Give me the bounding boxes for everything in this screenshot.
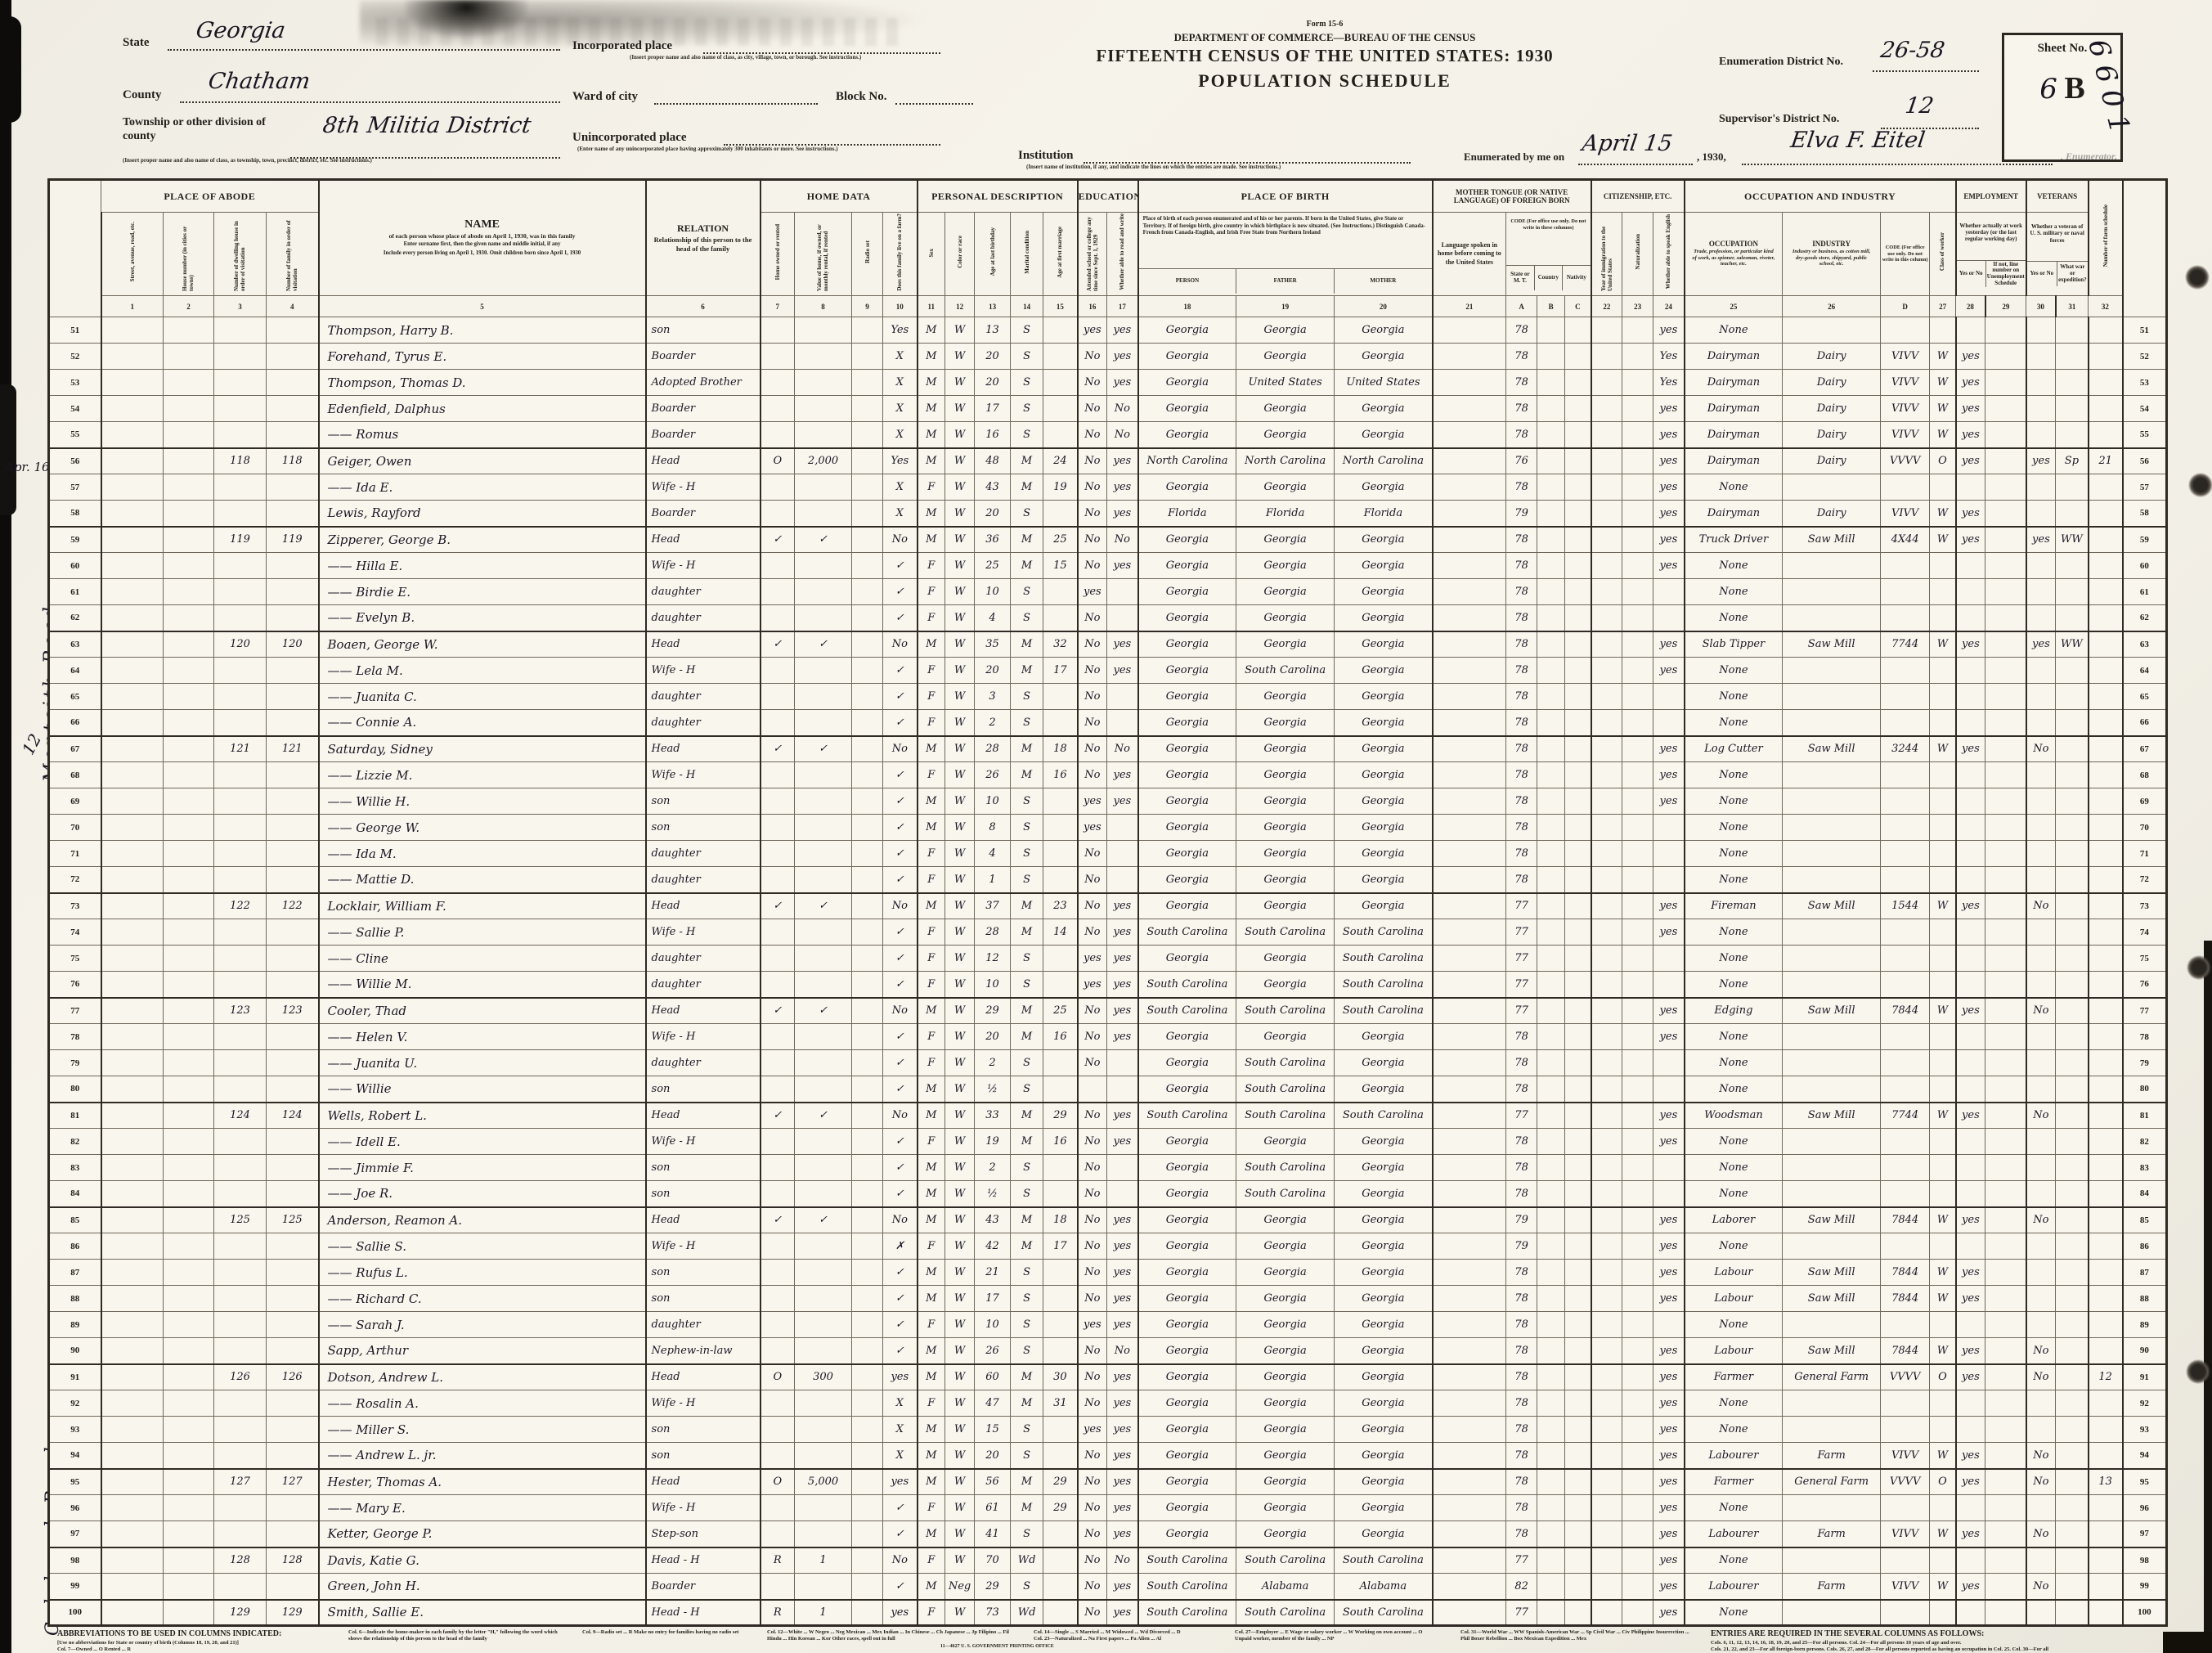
cell-c24 bbox=[1653, 1050, 1685, 1076]
cell-c10: X bbox=[883, 474, 918, 501]
cell-c27: O bbox=[1930, 1469, 1956, 1495]
cell-c30 bbox=[2026, 605, 2056, 631]
cell-c30 bbox=[2026, 972, 2056, 998]
cell-rowR: 53 bbox=[2123, 370, 2167, 396]
cell-dwell bbox=[214, 1129, 267, 1155]
cell-c28 bbox=[1956, 815, 1985, 841]
cell-cA: 78 bbox=[1506, 396, 1537, 422]
cell-rowL: 88 bbox=[49, 1286, 101, 1312]
cell-dwell bbox=[214, 946, 267, 972]
cell-c30 bbox=[2026, 841, 2056, 867]
hole-punch bbox=[2186, 1359, 2210, 1384]
cell-cB bbox=[1537, 815, 1565, 841]
cell-c13: 42 bbox=[975, 1233, 1011, 1260]
cell-c26 bbox=[1783, 1050, 1881, 1076]
cell-fam bbox=[267, 762, 319, 788]
cell-c11: M bbox=[918, 1443, 945, 1469]
cell-c25: Dairyman bbox=[1685, 422, 1783, 448]
group-place-of-abode: PLACE OF ABODE bbox=[101, 180, 319, 213]
cell-c10: ✓ bbox=[883, 1286, 918, 1312]
cell-c18: Georgia bbox=[1138, 1181, 1236, 1207]
cell-c7 bbox=[761, 1024, 795, 1050]
cell-c7: R bbox=[761, 1547, 795, 1574]
cell-c8 bbox=[795, 501, 852, 527]
cell-c15: 16 bbox=[1043, 1129, 1078, 1155]
cell-c8 bbox=[795, 1260, 852, 1286]
cell-cA: 78 bbox=[1506, 841, 1537, 867]
cell-c27 bbox=[1930, 1390, 1956, 1417]
cell-cB bbox=[1537, 1076, 1565, 1103]
cell-fam bbox=[267, 1076, 319, 1103]
cell-c15: 29 bbox=[1043, 1103, 1078, 1129]
cell-c18: South Carolina bbox=[1138, 1547, 1236, 1574]
cell-c23 bbox=[1622, 1207, 1653, 1233]
cell-rowL: 87 bbox=[49, 1260, 101, 1286]
cell-c7 bbox=[761, 841, 795, 867]
cell-c31 bbox=[2056, 1155, 2089, 1181]
cell-c26 bbox=[1783, 474, 1881, 501]
cell-c19: Georgia bbox=[1236, 1129, 1335, 1155]
cell-cC bbox=[1565, 631, 1591, 658]
cell-fam bbox=[267, 1233, 319, 1260]
cell-c12: W bbox=[945, 998, 975, 1024]
cell-c23 bbox=[1622, 1155, 1653, 1181]
cell-c7: R bbox=[761, 1600, 795, 1626]
cell-cC bbox=[1565, 1495, 1591, 1521]
census-row-62: 62—— Evelyn B.daughter✓FW4SNoGeorgiaGeor… bbox=[49, 605, 2167, 631]
cell-c23 bbox=[1622, 1103, 1653, 1129]
cell-street bbox=[101, 1364, 164, 1390]
cell-cD bbox=[1881, 919, 1930, 946]
block-no-label: Block No. bbox=[836, 90, 887, 104]
cell-fam: 118 bbox=[267, 448, 319, 474]
cell-c14: Wd bbox=[1011, 1600, 1043, 1626]
cell-c14: S bbox=[1011, 422, 1043, 448]
cell-c11: F bbox=[918, 762, 945, 788]
cell-c24 bbox=[1653, 815, 1685, 841]
cell-c15: 25 bbox=[1043, 998, 1078, 1024]
cell-c15 bbox=[1043, 867, 1078, 893]
cell-street bbox=[101, 1417, 164, 1443]
cell-cA: 78 bbox=[1506, 631, 1537, 658]
cell-c31 bbox=[2056, 317, 2089, 344]
cell-c10: ✓ bbox=[883, 762, 918, 788]
cell-c29 bbox=[1985, 1574, 2026, 1600]
column-c12-header: Color or race bbox=[945, 213, 975, 296]
cell-cA: 78 bbox=[1506, 736, 1537, 762]
cell-rowL: 56 bbox=[49, 448, 101, 474]
cell-street bbox=[101, 684, 164, 710]
cell-c23 bbox=[1622, 605, 1653, 631]
cell-house bbox=[164, 736, 214, 762]
cell-c9 bbox=[852, 1417, 883, 1443]
cell-c10: No bbox=[883, 893, 918, 919]
cell-c7 bbox=[761, 1417, 795, 1443]
cell-cD: VIVV bbox=[1881, 501, 1930, 527]
cell-c17: yes bbox=[1107, 762, 1138, 788]
cell-c13: 1 bbox=[975, 867, 1011, 893]
column-c23-header: Naturalization bbox=[1622, 213, 1653, 296]
cell-c17: yes bbox=[1107, 1286, 1138, 1312]
cell-c7 bbox=[761, 762, 795, 788]
column-number-28: 28 bbox=[1956, 296, 1985, 317]
cell-fam bbox=[267, 1417, 319, 1443]
cell-fam bbox=[267, 579, 319, 605]
cell-c32 bbox=[2089, 841, 2123, 867]
cell-cD bbox=[1881, 841, 1930, 867]
cell-name: —— Sarah J. bbox=[319, 1312, 646, 1338]
cell-c29 bbox=[1985, 1181, 2026, 1207]
cell-cC bbox=[1565, 736, 1591, 762]
cell-dwell bbox=[214, 1495, 267, 1521]
cell-cA: 78 bbox=[1506, 422, 1537, 448]
cell-c8 bbox=[795, 1155, 852, 1181]
cell-c18: Georgia bbox=[1138, 841, 1236, 867]
cell-house bbox=[164, 788, 214, 815]
cell-c17: yes bbox=[1107, 1495, 1138, 1521]
column-number-16: 16 bbox=[1078, 296, 1107, 317]
cell-house bbox=[164, 1600, 214, 1626]
cell-c9 bbox=[852, 788, 883, 815]
unincorporated-place-label: Unincorporated place bbox=[572, 131, 687, 145]
cell-c9 bbox=[852, 1390, 883, 1417]
cell-c31 bbox=[2056, 919, 2089, 946]
cell-c12: W bbox=[945, 1417, 975, 1443]
cell-c9 bbox=[852, 1364, 883, 1390]
census-row-77: 77123123Cooler, ThadHead✓✓NoMW29M25Noyes… bbox=[49, 998, 2167, 1024]
cell-cD: VIVV bbox=[1881, 1521, 1930, 1547]
cell-house bbox=[164, 474, 214, 501]
cell-c20: South Carolina bbox=[1335, 972, 1433, 998]
cell-rowL: 86 bbox=[49, 1233, 101, 1260]
column-c16-header: Attended school or college any time sinc… bbox=[1078, 213, 1107, 296]
cell-c30: No bbox=[2026, 1443, 2056, 1469]
cell-cB bbox=[1537, 1338, 1565, 1364]
cell-c23 bbox=[1622, 527, 1653, 553]
cell-c15 bbox=[1043, 344, 1078, 370]
entries-title: ENTRIES ARE REQUIRED IN THE SEVERAL COLU… bbox=[1711, 1629, 2054, 1640]
cell-c32 bbox=[2089, 474, 2123, 501]
cell-c28 bbox=[1956, 946, 1985, 972]
cell-fam: 124 bbox=[267, 1103, 319, 1129]
cell-cD: 7744 bbox=[1881, 631, 1930, 658]
cell-c25: None bbox=[1685, 553, 1783, 579]
cell-c23 bbox=[1622, 658, 1653, 684]
code-columns-header: CODE (For office use only. Do not write … bbox=[1506, 213, 1591, 296]
cell-c7: ✓ bbox=[761, 527, 795, 553]
cell-c14: Wd bbox=[1011, 1547, 1043, 1574]
cell-c22 bbox=[1591, 605, 1622, 631]
cell-fam bbox=[267, 1338, 319, 1364]
cell-c28 bbox=[1956, 867, 1985, 893]
cell-c7 bbox=[761, 1495, 795, 1521]
cell-c27: O bbox=[1930, 448, 1956, 474]
cell-house bbox=[164, 631, 214, 658]
cell-c26: General Farm bbox=[1783, 1364, 1881, 1390]
cell-cD: 1544 bbox=[1881, 893, 1930, 919]
cell-name: —— Rufus L. bbox=[319, 1260, 646, 1286]
column-c15-header: Age at first marriage bbox=[1043, 213, 1078, 296]
cell-c32 bbox=[2089, 893, 2123, 919]
cell-name: Saturday, Sidney bbox=[319, 736, 646, 762]
cell-c10: Yes bbox=[883, 448, 918, 474]
cell-c12: W bbox=[945, 1547, 975, 1574]
cell-house bbox=[164, 1547, 214, 1574]
cell-c9 bbox=[852, 762, 883, 788]
cell-c7: ✓ bbox=[761, 998, 795, 1024]
cell-c11: F bbox=[918, 1233, 945, 1260]
cell-c30: No bbox=[2026, 1103, 2056, 1129]
cell-c22 bbox=[1591, 396, 1622, 422]
cell-c21 bbox=[1433, 1024, 1506, 1050]
cell-c28 bbox=[1956, 1181, 1985, 1207]
cell-cD: VVVV bbox=[1881, 1364, 1930, 1390]
cell-c32 bbox=[2089, 396, 2123, 422]
cell-c17: yes bbox=[1107, 1129, 1138, 1155]
cell-c21 bbox=[1433, 1050, 1506, 1076]
cell-c20: Georgia bbox=[1335, 1207, 1433, 1233]
cell-c24: yes bbox=[1653, 762, 1685, 788]
cell-c10: yes bbox=[883, 1469, 918, 1495]
column-industry-header: INDUSTRYIndustry or business, as cotton … bbox=[1783, 213, 1881, 296]
cell-c31 bbox=[2056, 815, 2089, 841]
cell-c20: Alabama bbox=[1335, 1574, 1433, 1600]
cell-c21 bbox=[1433, 946, 1506, 972]
cell-cC bbox=[1565, 344, 1591, 370]
cell-c13: 20 bbox=[975, 1443, 1011, 1469]
cell-c20: Georgia bbox=[1335, 1364, 1433, 1390]
group-place-of-birth: PLACE OF BIRTH bbox=[1138, 180, 1433, 213]
cell-house bbox=[164, 946, 214, 972]
cell-cD bbox=[1881, 1312, 1930, 1338]
cell-c22 bbox=[1591, 867, 1622, 893]
cell-cA: 78 bbox=[1506, 1443, 1537, 1469]
cell-c11: M bbox=[918, 396, 945, 422]
cell-rowL: 85 bbox=[49, 1207, 101, 1233]
cell-c11: F bbox=[918, 946, 945, 972]
hole-punch bbox=[2185, 265, 2210, 290]
cell-c18: Georgia bbox=[1138, 946, 1236, 972]
cell-c10: ✓ bbox=[883, 946, 918, 972]
census-row-56: 56118118Geiger, OwenHeadO2,000YesMW48M24… bbox=[49, 448, 2167, 474]
cell-cD bbox=[1881, 788, 1930, 815]
cell-c12: W bbox=[945, 1076, 975, 1103]
cell-c32 bbox=[2089, 815, 2123, 841]
cell-c14: M bbox=[1011, 736, 1043, 762]
cell-dwell bbox=[214, 1024, 267, 1050]
cell-c29 bbox=[1985, 710, 2026, 736]
cell-rel: son bbox=[646, 1443, 761, 1469]
cell-c28 bbox=[1956, 1024, 1985, 1050]
cell-c14: S bbox=[1011, 972, 1043, 998]
cell-fam bbox=[267, 1181, 319, 1207]
cell-name: —— Romus bbox=[319, 422, 646, 448]
cell-c10: X bbox=[883, 1390, 918, 1417]
census-row-68: 68—— Lizzie M.Wife - H✓FW26M16NoyesGeorg… bbox=[49, 762, 2167, 788]
cell-c27: W bbox=[1930, 893, 1956, 919]
cell-rowR: 95 bbox=[2123, 1469, 2167, 1495]
cell-fam: 123 bbox=[267, 998, 319, 1024]
cell-c17: yes bbox=[1107, 1417, 1138, 1443]
cell-c13: 10 bbox=[975, 1312, 1011, 1338]
cell-c27: W bbox=[1930, 396, 1956, 422]
cell-cC bbox=[1565, 1103, 1591, 1129]
cell-c17: yes bbox=[1107, 1521, 1138, 1547]
cell-c11: M bbox=[918, 631, 945, 658]
cell-house bbox=[164, 1050, 214, 1076]
cell-c21 bbox=[1433, 1155, 1506, 1181]
cell-house bbox=[164, 553, 214, 579]
cell-c16: No bbox=[1078, 1260, 1107, 1286]
cell-c10: ✓ bbox=[883, 1312, 918, 1338]
column-farm-schedule-header: Number of farm schedule bbox=[2089, 180, 2123, 296]
cell-c9 bbox=[852, 972, 883, 998]
cell-c11: M bbox=[918, 1155, 945, 1181]
cell-name: Davis, Katie G. bbox=[319, 1547, 646, 1574]
cell-c21 bbox=[1433, 344, 1506, 370]
cell-dwell: 120 bbox=[214, 631, 267, 658]
supervisor-district-label: Supervisor's District No. bbox=[1719, 113, 1839, 126]
cell-rel: son bbox=[646, 317, 761, 344]
cell-house bbox=[164, 1364, 214, 1390]
cell-c9 bbox=[852, 1338, 883, 1364]
cell-c29 bbox=[1985, 946, 2026, 972]
cell-dwell: 123 bbox=[214, 998, 267, 1024]
cell-c32 bbox=[2089, 684, 2123, 710]
cell-c21 bbox=[1433, 501, 1506, 527]
cell-c23 bbox=[1622, 867, 1653, 893]
cell-c23 bbox=[1622, 1233, 1653, 1260]
cell-cA: 78 bbox=[1506, 1076, 1537, 1103]
column-dwell-header: Number of dwelling house in order of vis… bbox=[214, 213, 267, 296]
cell-c28: yes bbox=[1956, 893, 1985, 919]
scan-corner-mark bbox=[2163, 1632, 2212, 1653]
cell-c28 bbox=[1956, 1417, 1985, 1443]
cell-dwell bbox=[214, 422, 267, 448]
cell-c8 bbox=[795, 1286, 852, 1312]
cell-c27 bbox=[1930, 553, 1956, 579]
cell-rowL: 90 bbox=[49, 1338, 101, 1364]
cell-c23 bbox=[1622, 1286, 1653, 1312]
census-row-61: 61—— Birdie E.daughter✓FW10SyesGeorgiaGe… bbox=[49, 579, 2167, 605]
cell-c8: 1 bbox=[795, 1547, 852, 1574]
cell-c9 bbox=[852, 658, 883, 684]
cell-c32 bbox=[2089, 579, 2123, 605]
cell-rowR: 65 bbox=[2123, 684, 2167, 710]
cell-c25: Slab Tipper bbox=[1685, 631, 1783, 658]
cell-c10: No bbox=[883, 998, 918, 1024]
cell-c10: ✓ bbox=[883, 1181, 918, 1207]
cell-c8: 2,000 bbox=[795, 448, 852, 474]
cell-c18: Georgia bbox=[1138, 815, 1236, 841]
cell-rowR: 80 bbox=[2123, 1076, 2167, 1103]
cell-c30 bbox=[2026, 1312, 2056, 1338]
cell-c20: Georgia bbox=[1335, 867, 1433, 893]
incorporated-place-note: (Insert proper name and also name of cla… bbox=[630, 54, 973, 61]
institution-label: Institution bbox=[1018, 149, 1074, 163]
line-number-column-header bbox=[2123, 180, 2167, 317]
cell-c16: No bbox=[1078, 474, 1107, 501]
cell-c20: Georgia bbox=[1335, 1155, 1433, 1181]
column-c17-header: Whether able to read and write bbox=[1107, 213, 1138, 296]
cell-c29 bbox=[1985, 736, 2026, 762]
cell-c32 bbox=[2089, 317, 2123, 344]
cell-cC bbox=[1565, 946, 1591, 972]
cell-c7 bbox=[761, 710, 795, 736]
cell-cB bbox=[1537, 1024, 1565, 1050]
cell-house bbox=[164, 1181, 214, 1207]
cell-c9 bbox=[852, 396, 883, 422]
cell-c28: yes bbox=[1956, 1207, 1985, 1233]
cell-c31 bbox=[2056, 605, 2089, 631]
cell-c16: No bbox=[1078, 1547, 1107, 1574]
cell-name: Boaen, George W. bbox=[319, 631, 646, 658]
cell-c11: M bbox=[918, 344, 945, 370]
cell-c14: S bbox=[1011, 501, 1043, 527]
cell-cB bbox=[1537, 972, 1565, 998]
cell-name: Cooler, Thad bbox=[319, 998, 646, 1024]
cell-c24: Yes bbox=[1653, 370, 1685, 396]
cell-c15 bbox=[1043, 815, 1078, 841]
cell-c17: yes bbox=[1107, 1390, 1138, 1417]
cell-c27 bbox=[1930, 1050, 1956, 1076]
cell-c17: yes bbox=[1107, 1364, 1138, 1390]
cell-c24: yes bbox=[1653, 1129, 1685, 1155]
cell-c26 bbox=[1783, 317, 1881, 344]
census-row-76: 76—— Willie M.daughter✓FW10SyesyesSouth … bbox=[49, 972, 2167, 998]
cell-dwell bbox=[214, 370, 267, 396]
cell-c26 bbox=[1783, 1390, 1881, 1417]
cell-c22 bbox=[1591, 553, 1622, 579]
cell-c8: 300 bbox=[795, 1364, 852, 1390]
cell-c13: 4 bbox=[975, 841, 1011, 867]
column-number-32: 32 bbox=[2089, 296, 2123, 317]
cell-c23 bbox=[1622, 1050, 1653, 1076]
cell-c24: yes bbox=[1653, 1574, 1685, 1600]
cell-c9 bbox=[852, 1495, 883, 1521]
cell-rel: son bbox=[646, 1260, 761, 1286]
cell-street bbox=[101, 1443, 164, 1469]
cell-c30 bbox=[2026, 946, 2056, 972]
cell-c20: Georgia bbox=[1335, 1286, 1433, 1312]
cell-c28 bbox=[1956, 972, 1985, 998]
cell-c10: X bbox=[883, 344, 918, 370]
cell-c20: North Carolina bbox=[1335, 448, 1433, 474]
cell-c25: None bbox=[1685, 972, 1783, 998]
cell-c11: F bbox=[918, 1495, 945, 1521]
cell-c20: Georgia bbox=[1335, 1260, 1433, 1286]
cell-rowR: 82 bbox=[2123, 1129, 2167, 1155]
cell-cD bbox=[1881, 1129, 1930, 1155]
cell-c7 bbox=[761, 972, 795, 998]
cell-c25: None bbox=[1685, 1024, 1783, 1050]
cell-c16: No bbox=[1078, 1469, 1107, 1495]
cell-rowL: 74 bbox=[49, 919, 101, 946]
cell-dwell bbox=[214, 1233, 267, 1260]
cell-c18: Georgia bbox=[1138, 1312, 1236, 1338]
cell-c7: O bbox=[761, 448, 795, 474]
cell-c8: ✓ bbox=[795, 1103, 852, 1129]
cell-dwell: 118 bbox=[214, 448, 267, 474]
cell-c28: yes bbox=[1956, 448, 1985, 474]
cell-house bbox=[164, 1338, 214, 1364]
column-number-30: 30 bbox=[2026, 296, 2056, 317]
cell-c24: yes bbox=[1653, 1024, 1685, 1050]
cell-c31 bbox=[2056, 736, 2089, 762]
cell-c7 bbox=[761, 344, 795, 370]
cell-rowL: 62 bbox=[49, 605, 101, 631]
cell-cD bbox=[1881, 1547, 1930, 1574]
